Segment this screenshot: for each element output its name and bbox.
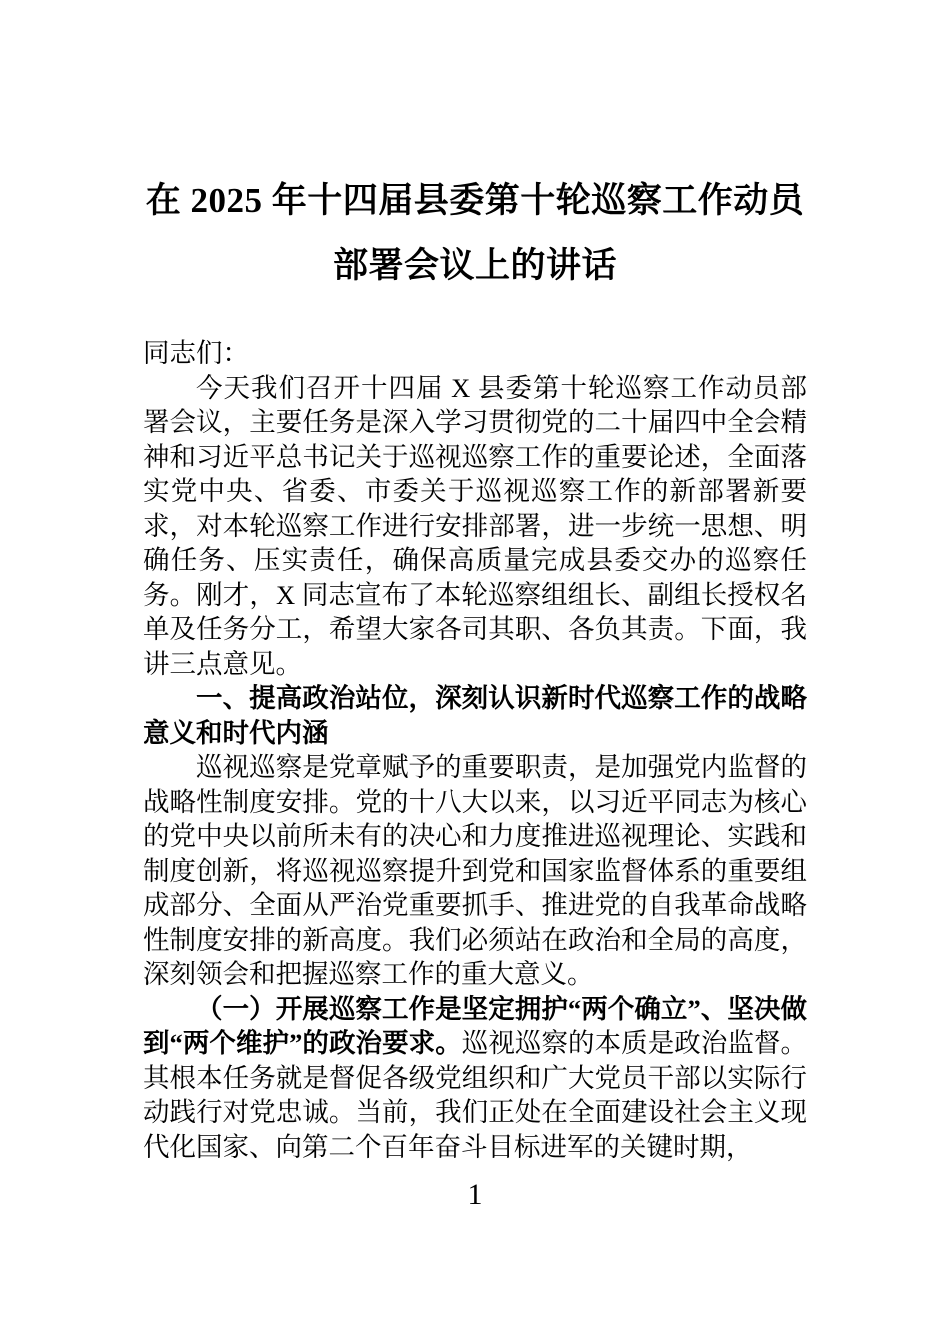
document-title: 在 2025 年十四届县委第十轮巡察工作动员 部署会议上的讲话	[143, 168, 807, 298]
page-number: 1	[143, 1178, 807, 1212]
paragraph-run: 巡视巡察是党章赋予的重要职责，是加强党内监督的战略性制度安排。党的十八大以来，以…	[143, 752, 807, 989]
paragraph: 巡视巡察是党章赋予的重要职责，是加强党内监督的战略性制度安排。党的十八大以来，以…	[143, 750, 807, 992]
document-title-line2: 部署会议上的讲话	[143, 233, 807, 298]
document-page: 在 2025 年十四届县委第十轮巡察工作动员 部署会议上的讲话 同志们：今天我们…	[0, 0, 950, 1344]
paragraph: 一、提高政治站位，深刻认识新时代巡察工作的战略意义和时代内涵	[143, 681, 807, 750]
document-title-line1: 在 2025 年十四届县委第十轮巡察工作动员	[143, 168, 807, 233]
document-body: 同志们：今天我们召开十四届 X 县委第十轮巡察工作动员部署会议，主要任务是深入学…	[143, 336, 807, 1164]
paragraph-run: 同志们：	[143, 338, 249, 368]
paragraph-run: 今天我们召开十四届 X 县委第十轮巡察工作动员部署会议，主要任务是深入学习贯彻党…	[143, 373, 807, 679]
paragraph: 同志们：	[143, 336, 807, 371]
paragraph: （一）开展巡察工作是坚定拥护“两个确立”、坚决做到“两个维护”的政治要求。巡视巡…	[143, 992, 807, 1165]
paragraph-run-bold: 一、提高政治站位，深刻认识新时代巡察工作的战略意义和时代内涵	[143, 683, 807, 748]
paragraph: 今天我们召开十四届 X 县委第十轮巡察工作动员部署会议，主要任务是深入学习贯彻党…	[143, 371, 807, 682]
